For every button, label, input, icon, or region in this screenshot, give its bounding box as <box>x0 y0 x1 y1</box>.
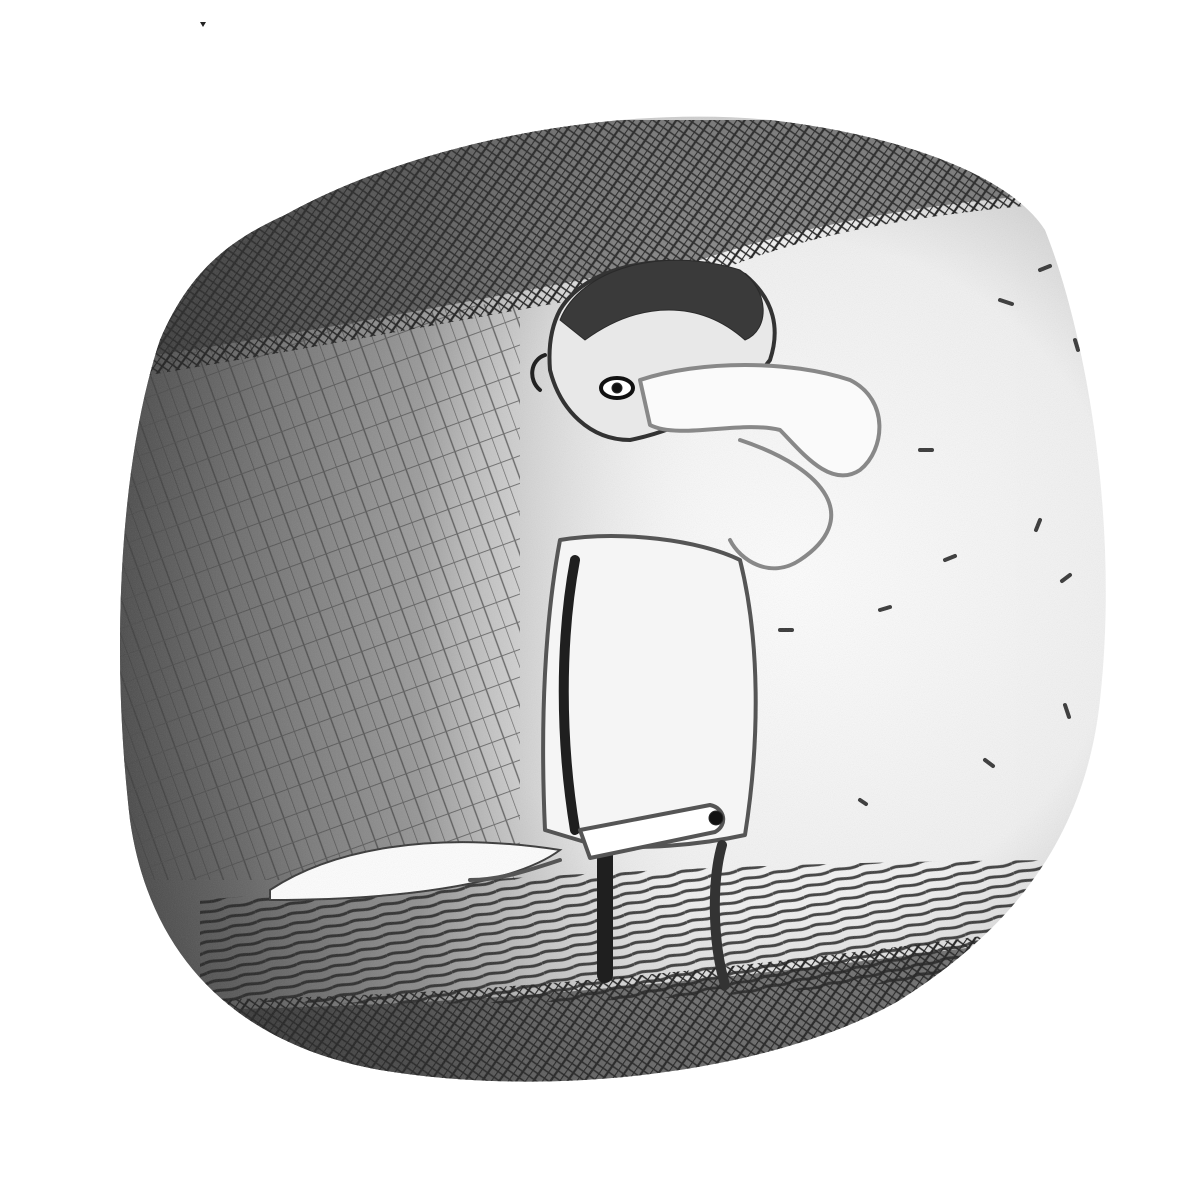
flute-mouth-hole <box>709 811 723 825</box>
pupil <box>612 383 622 393</box>
ink-illustration <box>0 0 1200 1200</box>
illustration-canvas <box>0 0 1200 1200</box>
stray-ink-mark <box>200 22 206 27</box>
